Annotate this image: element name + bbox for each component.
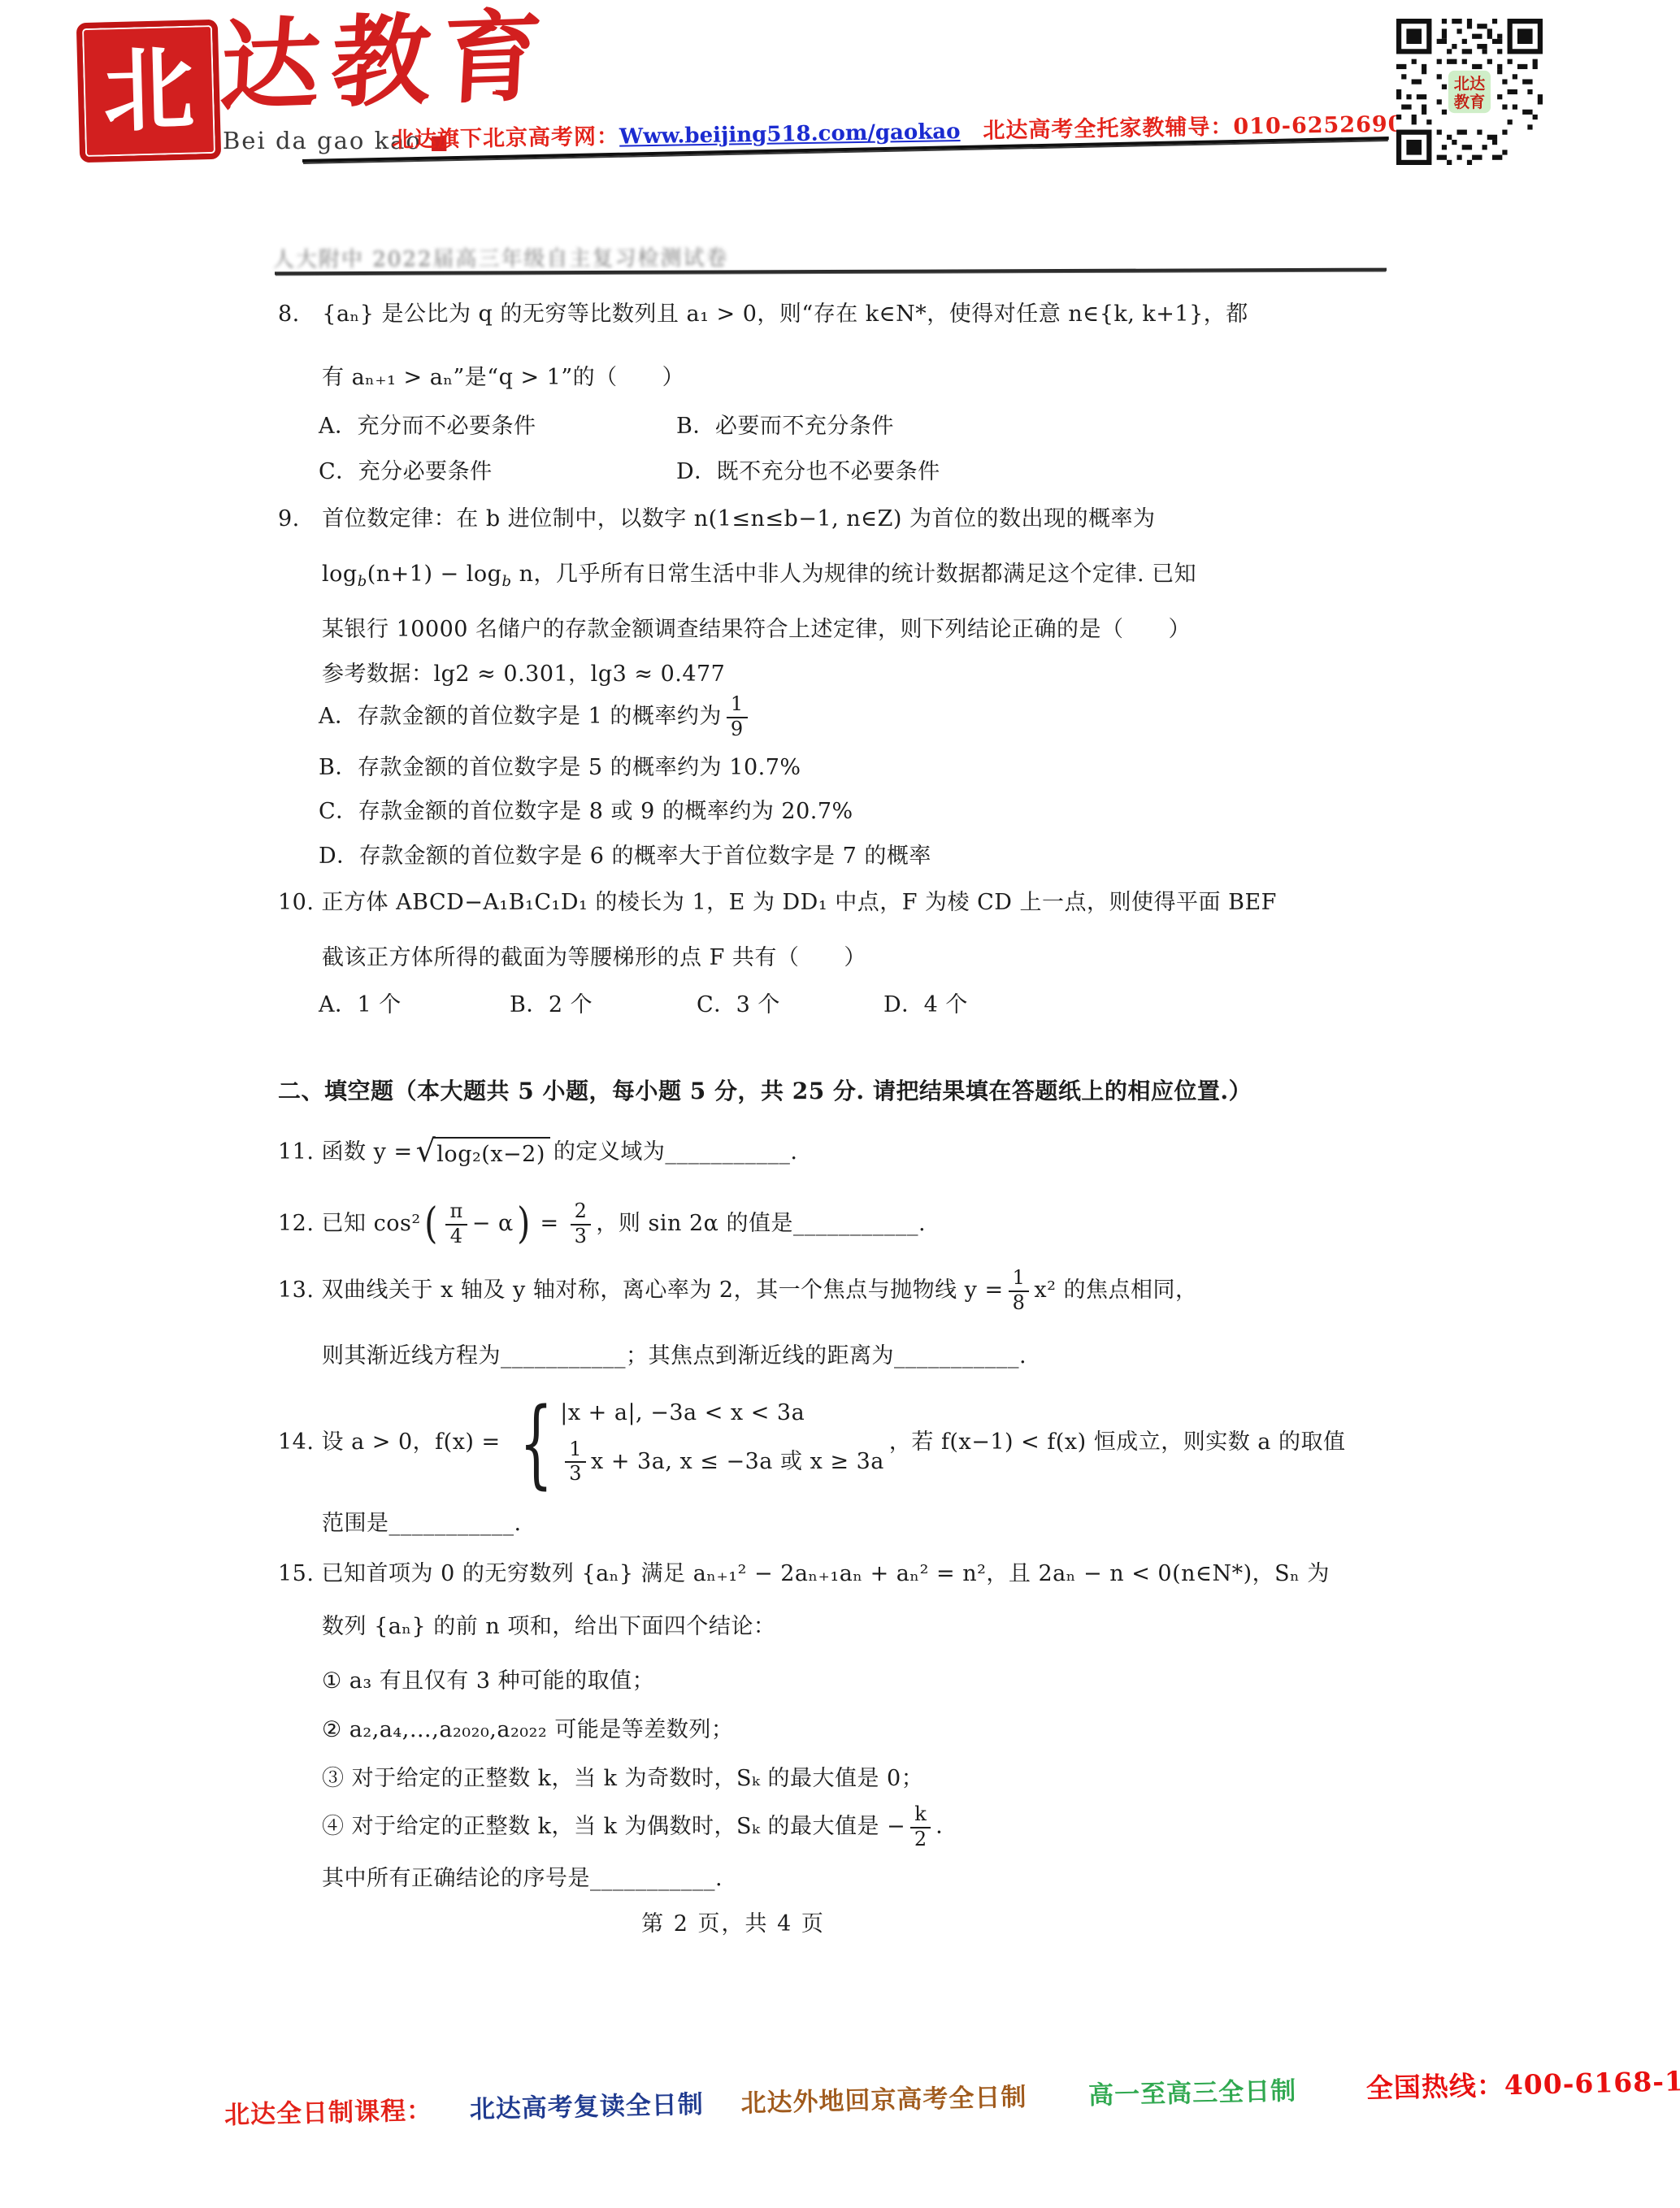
q14-line2: 范围是___________.: [322, 1510, 522, 1538]
fraction: 19: [727, 693, 748, 740]
q10-option-a: A．1 个: [319, 991, 402, 1019]
qr-code: 北达 教育: [1396, 16, 1543, 167]
q8-option-a: A．充分而不必要条件: [319, 413, 536, 440]
fraction: π4: [445, 1200, 467, 1247]
piecewise-row2: 13 x + 3a, x ≤ −3a 或 x ≥ 3a: [560, 1438, 884, 1486]
q10-line2: 截该正方体所得的截面为等腰梯形的点 F 共有（ ）: [322, 944, 866, 972]
piecewise-row2-text: x + 3a, x ≤ −3a 或 x ≥ 3a: [591, 1448, 884, 1476]
q9-log-base2: b: [501, 573, 511, 590]
q9-mid: (n+1) − log: [367, 562, 502, 587]
fraction: 13: [565, 1438, 586, 1486]
q14-pre: 14. 设 a > 0，f(x) =: [278, 1429, 501, 1456]
ad-hotline: 全国热线：400-6168-182: [1365, 2064, 1680, 2104]
q9-rest: n，几乎所有日常生活中非人为规律的统计数据都满足这个定律. 已知: [511, 562, 1196, 587]
q13-mid: x² 的焦点相同，: [1034, 1277, 1197, 1304]
q9-log1: log: [322, 562, 358, 587]
ad-label: 北达全日制课程：: [224, 2096, 433, 2130]
fraction-denominator: 4: [450, 1225, 463, 1248]
qr-center-text-2: 教育: [1453, 93, 1485, 111]
radicand: log₂(x−2): [433, 1137, 550, 1169]
qr-center-text-1: 北达: [1454, 74, 1486, 93]
q14-post: ，若 f(x−1) < f(x) 恒成立，则实数 a 的取值: [889, 1429, 1346, 1456]
ad-return-beijing: 北达外地回京高考全日制: [740, 2083, 1027, 2119]
scanned-exam-page: { "colors":{ "logo_red":"#d21f1f","heade…: [0, 0, 1680, 2208]
gaokao-site-link[interactable]: Www.beijing518.com/gaokao: [619, 119, 961, 150]
q15-item4-text: ④ 对于给定的正整数 k，当 k 为偶数时，Sₖ 的最大值是 −: [322, 1813, 905, 1841]
page-number: 第 2 页，共 4 页: [278, 1906, 1188, 1937]
fraction: 18: [1009, 1267, 1030, 1314]
q13-line2: 则其渐近线方程为___________；其焦点到渐近线的距离为_________…: [322, 1343, 1027, 1370]
q12-pre: 12. 已知 cos²: [278, 1210, 421, 1238]
q10-option-c: C．3 个: [697, 991, 780, 1019]
fraction-numerator: k: [910, 1803, 931, 1828]
ad-footer: 北达全日制课程： 北达高考复读全日制 北达外地回京高考全日制 高一至高三全日制 …: [224, 2058, 1680, 2132]
q12-equals: =: [540, 1210, 559, 1238]
q13-line1: 13. 双曲线关于 x 轴及 y 轴对称，离心率为 2，其一个焦点与抛物线 y …: [278, 1258, 1198, 1323]
fraction-numerator: 1: [565, 1438, 586, 1464]
q15-line1: 15. 已知首项为 0 的无穷数列 {aₙ} 满足 aₙ₊₁² − 2aₙ₊₁a…: [278, 1560, 1330, 1588]
ad-grade-range: 高一至高三全日制: [1088, 2076, 1297, 2110]
logo-calligraphy-text: 达教育: [218, 1, 556, 121]
fraction-numerator: 1: [727, 693, 748, 718]
faded-exam-title: 人大附中 2022届高三年级自主复习检测试卷: [273, 241, 729, 273]
q9-reference-data: 参考数据：lg2 ≈ 0.301，lg3 ≈ 0.477: [322, 661, 725, 688]
q9-option-b: B．存款金额的首位数字是 5 的概率约为 10.7%: [319, 754, 801, 782]
piecewise-row1: |x + a|, −3a < x < 3a: [560, 1399, 884, 1427]
q15-line2: 数列 {aₙ} 的前 n 项和，给出下面四个结论：: [322, 1613, 775, 1641]
q15-item1: ① a₃ 有且仅有 3 种可能的取值；: [322, 1668, 654, 1695]
fraction-numerator: 2: [571, 1200, 592, 1225]
q15-item3: ③ 对于给定的正整数 k，当 k 为奇数时，Sₖ 的最大值是 0；: [322, 1765, 923, 1793]
radical-sign: √: [416, 1135, 436, 1166]
q11-post: 的定义域为___________.: [553, 1139, 798, 1166]
fraction-numerator: 1: [1009, 1267, 1030, 1292]
fraction-numerator: π: [445, 1200, 467, 1225]
fraction: k2: [910, 1803, 931, 1850]
q10-option-b: B．2 个: [510, 991, 593, 1019]
fraction-denominator: 2: [914, 1828, 927, 1851]
q15-item4: ④ 对于给定的正整数 k，当 k 为偶数时，Sₖ 的最大值是 − k2 ．: [322, 1794, 958, 1859]
q15-line3: 其中所有正确结论的序号是___________.: [322, 1865, 723, 1893]
q9-option-a-text: A．存款金额的首位数字是 1 的概率约为: [319, 703, 722, 731]
piecewise-brace: {: [519, 1402, 553, 1483]
section2-heading: 二、填空题（本大题共 5 小题，每小题 5 分，共 25 分. 请把结果填在答题…: [278, 1077, 1252, 1105]
q8-option-b: B．必要而不充分条件: [676, 413, 894, 440]
square-root: √log₂(x−2): [416, 1137, 550, 1169]
q12-line: 12. 已知 cos² ( π4 − α ) = 23 ，则 sin 2α 的值…: [278, 1186, 926, 1261]
piecewise-function: { |x + a|, −3a < x < 3a 13 x + 3a, x ≤ −…: [506, 1399, 884, 1486]
q8-option-c: C．充分必要条件: [319, 458, 493, 486]
q9-option-a: A．存款金额的首位数字是 1 的概率约为 19: [319, 688, 753, 745]
piecewise-rows: |x + a|, −3a < x < 3a 13 x + 3a, x ≤ −3a…: [560, 1399, 884, 1486]
logo-seal-character: 北: [102, 45, 196, 138]
q14-line1: 14. 设 a > 0，f(x) = { |x + a|, −3a < x < …: [278, 1386, 1345, 1499]
ad-fulltime-repeat: 北达高考复读全日制: [469, 2090, 704, 2125]
logo-seal: 北: [76, 20, 221, 163]
fraction-denominator: 8: [1013, 1292, 1026, 1315]
fraction: 23: [571, 1200, 592, 1247]
q15-item2: ② a₂,a₄,…,a₂₀₂₀,a₂₀₂₂ 可能是等差数列；: [322, 1716, 733, 1744]
q9-line1: 9. 首位数定律：在 b 进位制中，以数字 n(1≤n≤b−1, n∈Z) 为首…: [278, 505, 1156, 533]
q8-line1: 8. {aₙ} 是公比为 q 的无穷等比数列且 a₁ > 0，则“存在 k∈N*…: [278, 301, 1248, 328]
q12-mid: − α: [472, 1210, 514, 1238]
fraction-denominator: 9: [731, 718, 744, 741]
q9-option-c: C．存款金额的首位数字是 8 或 9 的概率约为 20.7%: [319, 798, 853, 826]
q13-pre: 13. 双曲线关于 x 轴及 y 轴对称，离心率为 2，其一个焦点与抛物线 y …: [278, 1277, 1004, 1304]
q10-line1: 10. 正方体 ABCD−A₁B₁C₁D₁ 的棱长为 1，E 为 DD₁ 中点，…: [278, 889, 1277, 917]
q8-line2: 有 aₙ₊₁ > aₙ”是“q > 1”的（ ）: [322, 364, 684, 392]
q10-option-d: D．4 个: [883, 991, 968, 1019]
q9-line3: 某银行 10000 名储户的存款金额调查结果符合上述定律，则下列结论正确的是（ …: [322, 616, 1191, 644]
q12-post: ，则 sin 2α 的值是___________.: [596, 1210, 926, 1238]
q11-pre: 11. 函数 y =: [278, 1139, 413, 1166]
q9-line2: logb(n+1) − logb n，几乎所有日常生活中非人为规律的统计数据都满…: [322, 561, 1196, 592]
q11-line: 11. 函数 y = √log₂(x−2) 的定义域为___________.: [278, 1130, 797, 1175]
q8-option-d: D．既不充分也不必要条件: [676, 458, 940, 486]
q15-item4-end: ．: [936, 1813, 958, 1841]
fraction-denominator: 3: [569, 1463, 582, 1486]
header-site-label: 北达旗下北京高考网：: [392, 124, 619, 153]
q9-log-base1: b: [358, 573, 367, 590]
q9-option-d: D．存款金额的首位数字是 6 的概率大于首位数字是 7 的概率: [319, 843, 931, 870]
fraction-denominator: 3: [575, 1225, 588, 1248]
